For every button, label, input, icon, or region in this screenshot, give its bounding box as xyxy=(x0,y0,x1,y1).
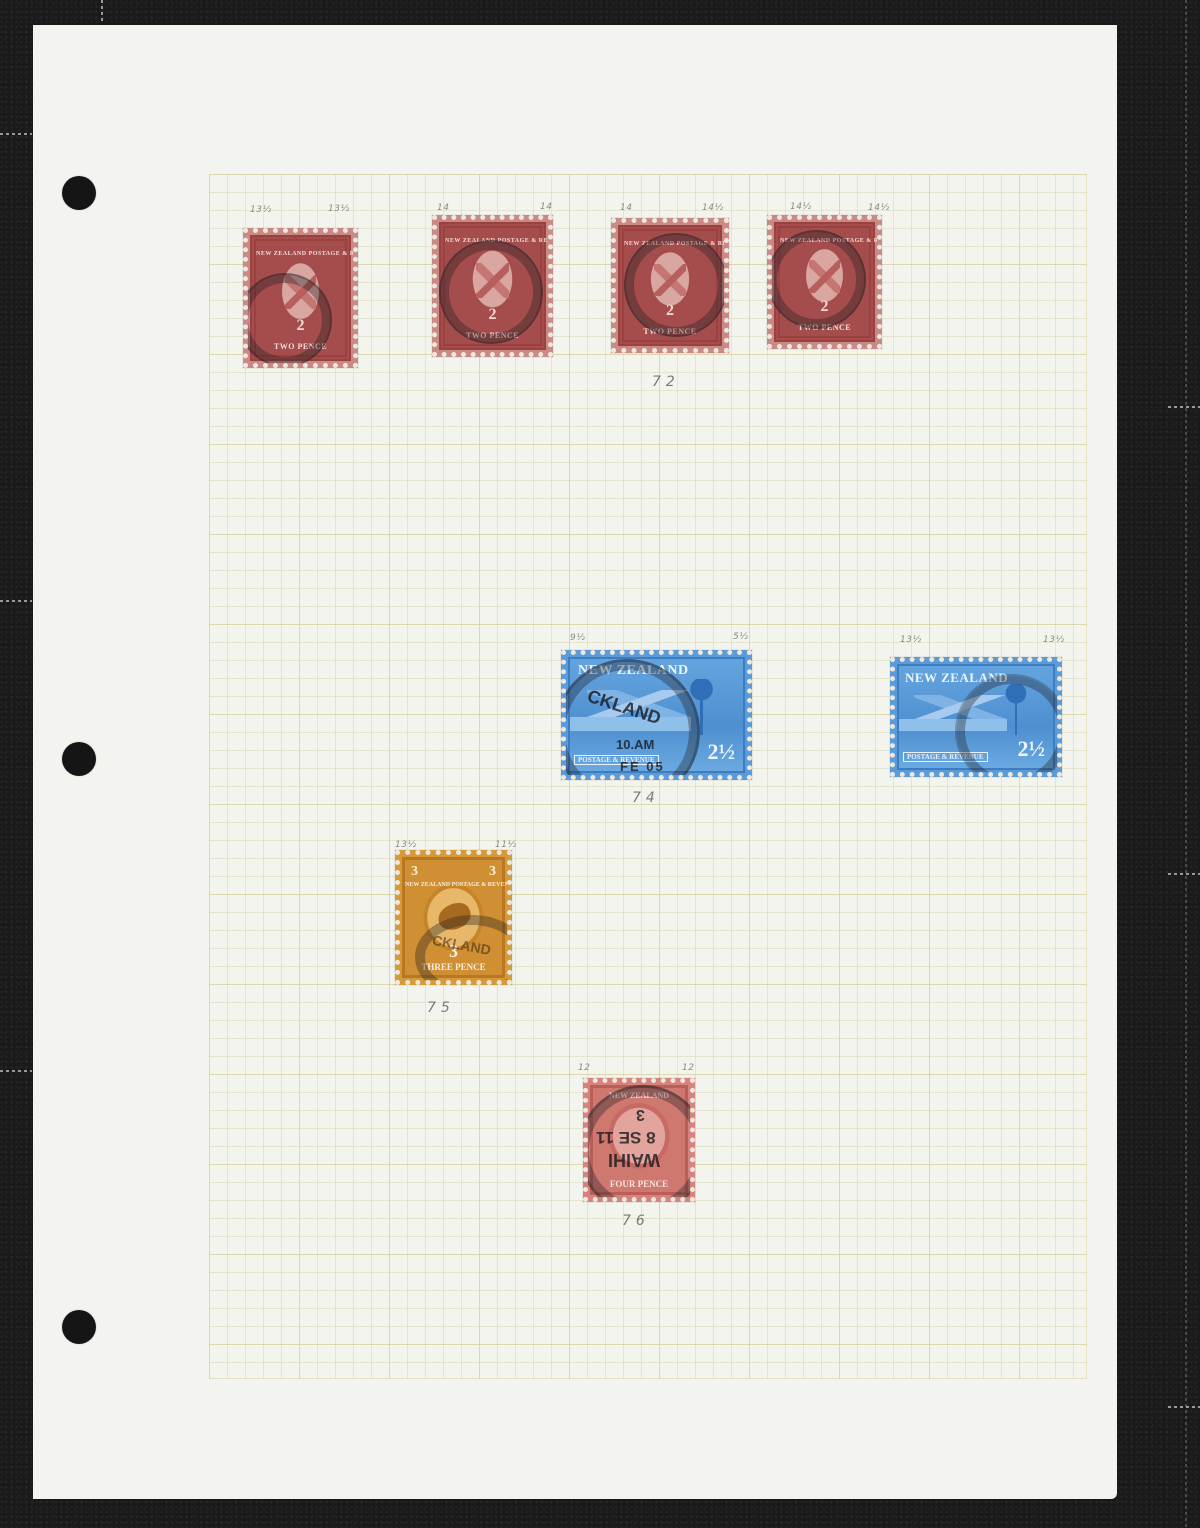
perf-annotation: 14 xyxy=(437,203,449,213)
perf-annotation: 13½ xyxy=(250,205,272,215)
perf-annotation: 13½ xyxy=(900,635,922,645)
stamp-corner-value: 3 xyxy=(489,864,496,880)
postmark-text: FE 05 xyxy=(620,759,665,774)
background-stitch xyxy=(0,133,32,135)
background-stitch xyxy=(0,1070,32,1072)
background-stitch xyxy=(1185,0,1187,1528)
background-stitch xyxy=(0,600,32,602)
perf-annotation: 12 xyxy=(578,1063,590,1073)
stamp-2d-mt-cook[interactable]: NEW ZEALAND POSTAGE & REVENUE 2 TWO PENC… xyxy=(243,228,358,368)
perf-annotation: 5½ xyxy=(733,632,748,642)
postmark xyxy=(767,230,866,329)
catalog-number: 76 xyxy=(622,1213,650,1229)
stamp-2d-mt-cook[interactable]: NEW ZEALAND POSTAGE & REVENUE 2 TWO PENC… xyxy=(767,215,882,349)
background-stitch xyxy=(101,0,103,24)
perf-annotation: 14½ xyxy=(868,203,890,213)
perf-annotation: 13½ xyxy=(1043,635,1065,645)
stamp-corner-value: 3 xyxy=(411,864,418,880)
stamp-2d-mt-cook[interactable]: NEW ZEALAND POSTAGE & REVENUE 2 TWO PENC… xyxy=(432,215,553,357)
perf-annotation: 14 xyxy=(620,203,632,213)
background-stitch xyxy=(1168,1406,1200,1408)
binder-hole xyxy=(62,742,96,776)
postmark xyxy=(439,240,543,344)
background-stitch xyxy=(1168,406,1200,408)
postmark xyxy=(955,674,1062,777)
catalog-number: 72 xyxy=(652,374,680,390)
stamp-country-text: NEW ZEALAND POSTAGE & REVENUE xyxy=(256,251,345,257)
perf-annotation: 13½ xyxy=(328,204,350,214)
catalog-number: 74 xyxy=(632,790,660,806)
binder-hole xyxy=(62,176,96,210)
stamp-3d-huia[interactable]: 3 3 NEW ZEALAND POSTAGE & REVENUE 3 THRE… xyxy=(395,850,512,985)
perf-annotation: 13½ xyxy=(395,840,417,850)
catalog-number: 75 xyxy=(427,1000,455,1016)
stamp-country-text: NEW ZEALAND POSTAGE & REVENUE xyxy=(405,882,502,888)
postmark-text: 8 SE 11 xyxy=(596,1127,656,1147)
perf-annotation: 14½ xyxy=(790,202,812,212)
stamp-value: 2½ xyxy=(708,739,736,765)
binder-hole xyxy=(62,1310,96,1344)
perf-annotation: 14½ xyxy=(702,203,724,213)
stamp-2-half-d-wakatipu[interactable]: NEW ZEALAND POSTAGE & REVENUE 2½ xyxy=(890,657,1062,777)
postmark xyxy=(624,233,728,337)
background-stitch xyxy=(1168,873,1200,875)
postmark-text: 10.AM xyxy=(616,737,654,752)
stamp-4d-white-terrace[interactable]: NEW ZEALAND FOUR PENCE 3 8 SE 11 WAIHI xyxy=(583,1078,695,1202)
stamp-2d-mt-cook[interactable]: NEW ZEALAND POSTAGE & REVENUE 2 TWO PENC… xyxy=(611,218,729,353)
perf-annotation: 9½ xyxy=(570,633,585,643)
perf-annotation: 14 xyxy=(540,202,552,212)
postmark-text: WAIHI xyxy=(608,1149,660,1170)
postmark-text: 3 xyxy=(636,1105,645,1123)
perf-annotation: 12 xyxy=(682,1063,694,1073)
stamp-2-half-d-wakatipu[interactable]: NEW ZEALAND POSTAGE & REVENUE 2½ CKLAND … xyxy=(561,650,752,780)
perf-annotation: 11½ xyxy=(495,840,517,850)
